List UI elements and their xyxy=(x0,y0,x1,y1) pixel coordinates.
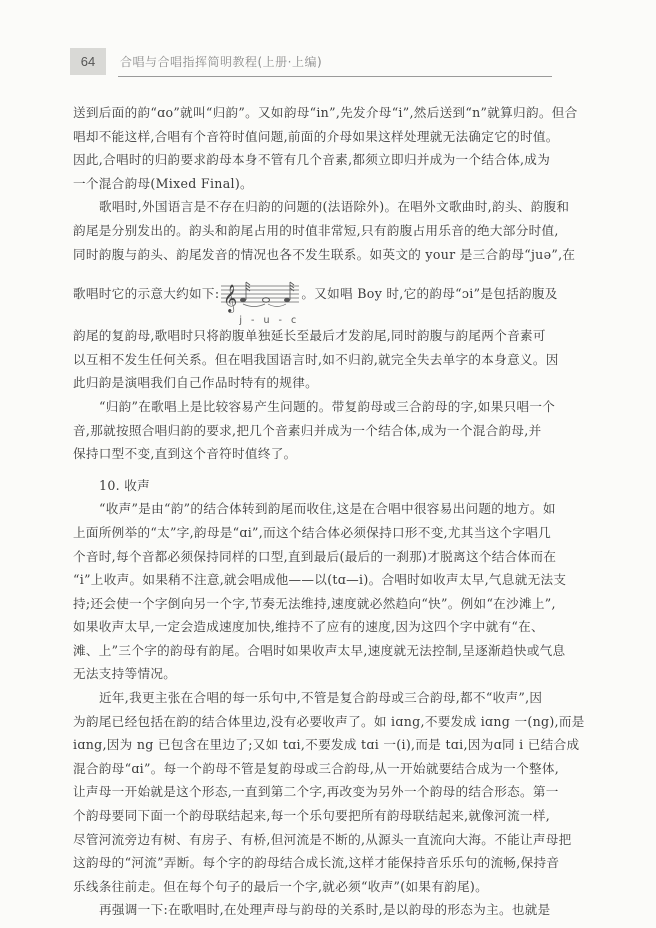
paragraph-line: iɑng,因为 ng 已包含在里边了;又如 tɑi,不要发成 tɑi 一(i),… xyxy=(73,733,593,757)
paragraph-line: 滩、上”三个字的韵母有韵尾。合唱时如果收声太早,速度就无法控制,呈逐渐趋快或气息 xyxy=(73,639,593,663)
paragraph-line: “收声”是由“韵”的结合体转到韵尾而收住,这是在合唱中很容易出问题的地方。如 xyxy=(73,497,593,521)
paragraph-line: 这韵母的“河流”弄断。每个字的韵母结合成长流,这样才能保持音乐乐句的流畅,保持音 xyxy=(73,851,593,875)
header-divider xyxy=(118,76,552,77)
section-heading: 10. 收声 xyxy=(73,474,593,498)
paragraph-line: 送到后面的韵“ɑo”就叫“归韵”。又如韵母“in”,先发介母“i”,然后送到“n… xyxy=(73,101,593,125)
paragraph-line: 乐线条往前走。但在每个句子的最后一个字,就必须“收声”(如果有韵尾)。 xyxy=(73,875,593,899)
paragraph-line: 近年,我更主张在合唱的每一乐句中,不管是复合韵母或三合韵母,都不“收声”,因 xyxy=(73,686,593,710)
paragraph-line: 再强调一下:在歌唱时,在处理声母与韵母的关系时,是以韵母的形态为主。也就是 xyxy=(73,898,593,922)
paragraph-line: 韵尾的复韵母,歌唱时只将韵腹单独延长至最后才发韵尾,同时韵腹与韵尾两个音素可 xyxy=(73,324,593,348)
paragraph-text: 歌唱时它的示意大约如下: xyxy=(73,286,219,301)
paragraph-line: 让声母一开始就是这个形态,一直到第二个字,再改变为另外一个韵母的结合形态。第一 xyxy=(73,780,593,804)
paragraph-line: 上面所例举的“太”字,韵母是“ɑi”,而这个结合体必须保持口形不变,尤其当这个字… xyxy=(73,521,593,545)
paragraph-line: 持;还会使一个字倒向另一个字,节奏无法维持,速度就必然趋向“快”。例如“在沙滩上… xyxy=(73,592,593,616)
music-example-line: 歌唱时它的示意大约如下: 𝄞 j xyxy=(73,274,593,318)
running-header: 64 合唱与合唱指挥简明教程(上册·上编) xyxy=(70,48,552,75)
paragraph-line: 一个混合韵母(Mixed Final)。 xyxy=(73,172,593,196)
svg-text:𝄞: 𝄞 xyxy=(223,284,237,313)
paragraph-line: 歌唱时,外国语言是不存在归韵的问题的(法语除外)。在唱外文歌曲时,韵头、韵腹和 xyxy=(73,195,593,219)
music-syllables: j - u - c xyxy=(239,316,299,326)
paragraph-line: 尽管河流旁边有树、有房子、有桥,但河流是不断的,从源头一直流向大海。不能让声母把 xyxy=(73,828,593,852)
treble-clef-staff-icon: 𝄞 xyxy=(221,276,299,316)
paragraph-line: 如果收声太早,一定会造成速度加快,维持不了应有的速度,因为这四个字中就有“在、 xyxy=(73,615,593,639)
page-number: 64 xyxy=(70,48,106,75)
body-text: 送到后面的韵“ɑo”就叫“归韵”。又如韵母“in”,先发介母“i”,然后送到“n… xyxy=(73,101,593,922)
paragraph-line: 混合韵母“ɑi”。每一个韵母不管是复韵母或三合韵母,从一开始就要结合成为一个整体… xyxy=(73,757,593,781)
paragraph-line: 个韵母要同下面一个韵母联结起来,每一个乐句要把所有韵母联结起来,就像河流一样, xyxy=(73,804,593,828)
paragraph-text: 。又如唱 Boy 时,它的韵母“ɔi”是包括韵腹及 xyxy=(301,286,557,301)
paragraph-line: 韵尾是分别发出的。韵头和韵尾占用的时值非常短,只有韵腹占用乐音的绝大部分时值, xyxy=(73,219,593,243)
book-title: 合唱与合唱指挥简明教程(上册·上编) xyxy=(120,53,322,70)
paragraph-line: 音,那就按照合唱归韵的要求,把几个音素归并成为一个结合体,成为一个混合韵母,并 xyxy=(73,419,593,443)
paragraph-line: 以互相不发生任何关系。但在唱我国语言时,如不归韵,就完全失去单字的本身意义。因 xyxy=(73,348,593,372)
paragraph-line: 唱却不能这样,合唱有个音符时值问题,前面的介母如果这样处理就无法确定它的时值。 xyxy=(73,125,593,149)
paragraph-line: 同时韵腹与韵头、韵尾发音的情况也各不发生联系。如英文的 your 是三合韵母“j… xyxy=(73,243,593,267)
paragraph-line: 因此,合唱时的归韵要求韵母本身不管有几个音素,都须立即归并成为一个结合体,成为 xyxy=(73,148,593,172)
paragraph-line: “归韵”在歌唱上是比较容易产生问题的。带复韵母或三合韵母的字,如果只唱一个 xyxy=(73,395,593,419)
paragraph-line: “i”上收声。如果稍不注意,就会唱成他——以(tɑ—i)。合唱时如收声太早,气息… xyxy=(73,568,593,592)
paragraph-line: 无法支持等情况。 xyxy=(73,662,593,686)
music-staff-figure: 𝄞 j - u - c xyxy=(221,276,299,314)
paragraph-line: 个音时,每个音都必须保持同样的口型,直到最后(最后的一刹那)才脱离这个结合体而在 xyxy=(73,545,593,569)
paragraph-line: 为韵尾已经包括在韵的结合体里边,没有必要收声了。如 iɑng,不要发成 iɑng… xyxy=(73,710,593,734)
paragraph-line: 此归韵是演唱我们自己作品时特有的规律。 xyxy=(73,371,593,395)
paragraph-line: 保持口型不变,直到这个音符时值终了。 xyxy=(73,442,593,466)
